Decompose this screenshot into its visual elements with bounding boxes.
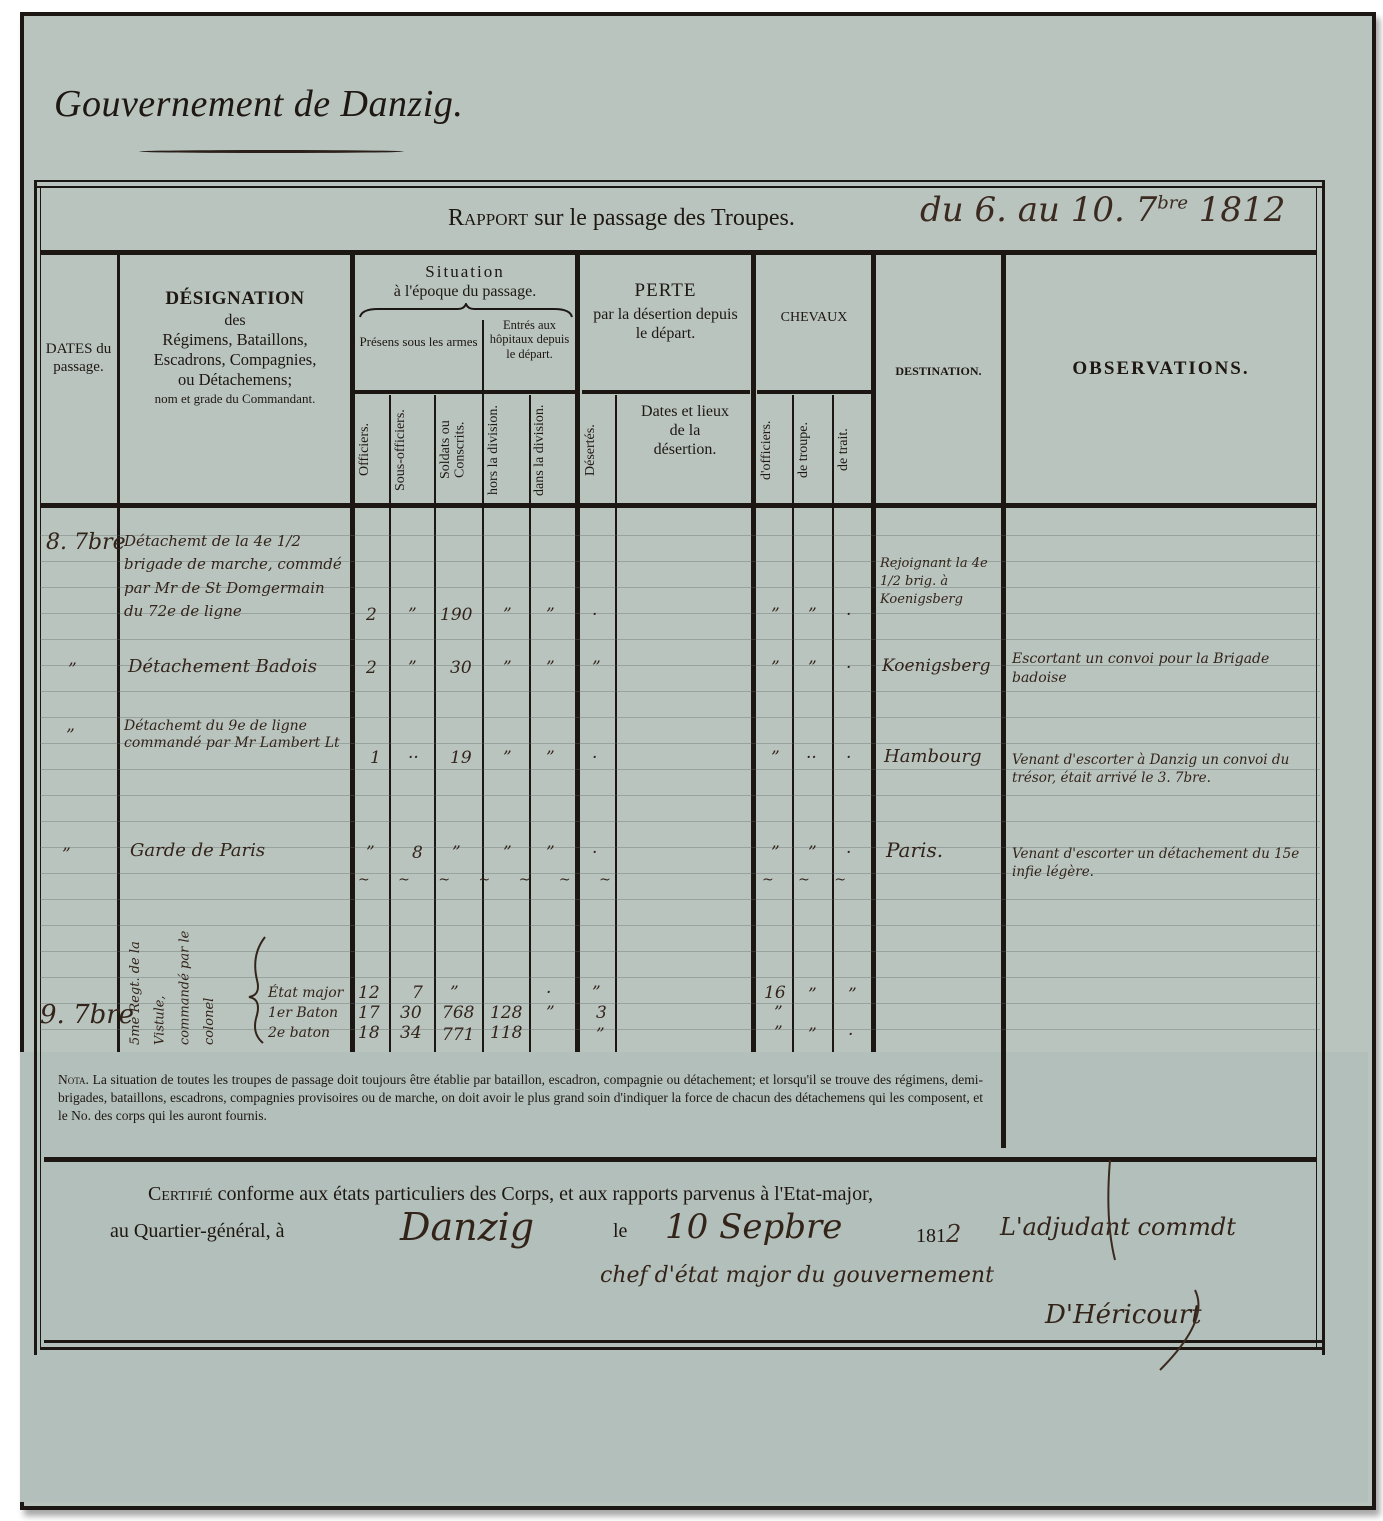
- row3-destination: Hambourg: [884, 746, 982, 767]
- row3-hors-div: ”: [503, 748, 512, 768]
- row1-sous-officiers: ”: [408, 605, 417, 625]
- nota-label: Nota.: [58, 1072, 89, 1087]
- row2-designation: Détachement Badois: [128, 656, 317, 677]
- row2-soldats: 30: [450, 658, 472, 678]
- header-hors-division: hors la division.: [487, 400, 527, 500]
- row5-sub1-label: État major: [268, 985, 343, 1001]
- report-title-lead: Rapport: [448, 205, 528, 231]
- row5-sub3-ch-trait: ·: [848, 1025, 853, 1045]
- row5-sub2-officiers: 17: [358, 1003, 380, 1023]
- frame-top-line-inner: [34, 186, 1324, 188]
- row2-ch-troupe: ”: [808, 658, 817, 678]
- nota-text: Nota. La situation de toutes les troupes…: [58, 1071, 983, 1125]
- row3-ch-trait: ·: [846, 748, 851, 768]
- row4-ch-troupe: ”: [808, 843, 817, 863]
- row5-sub2-sous-officiers: 30: [400, 1003, 422, 1023]
- header-entres: Entrés aux hôpitaux depuis le départ.: [484, 318, 575, 361]
- row1-soldats: 190: [440, 605, 472, 625]
- row5-designation: 5me Regt. de la Vistule, commandé par le…: [124, 925, 223, 1045]
- header-soldats: Soldats ou Conscrits.: [439, 400, 481, 500]
- header-sous-officiers: Sous-officiers.: [394, 400, 432, 500]
- row4-hors-div: ”: [503, 843, 512, 863]
- signature-subtitle: chef d'état major du gouvernement: [600, 1263, 994, 1288]
- row4-destination: Paris.: [886, 838, 943, 862]
- header-chevaux-officiers: d'officiers.: [760, 400, 790, 500]
- row2-officiers: 2: [366, 658, 377, 678]
- row1-ch-troupe: ”: [808, 605, 817, 625]
- row1-designation: Détachemt de la 4e 1/2 brigade de marche…: [124, 530, 346, 623]
- header-chevaux: CHEVAUX: [756, 310, 872, 327]
- row5-sub3-label: 2e baton: [268, 1025, 330, 1041]
- row3-dans-div: ”: [546, 748, 555, 768]
- page-title: Gouvernement de Danzig.: [54, 82, 463, 126]
- row2-destination: Koenigsberg: [882, 656, 990, 676]
- row3-officiers: 1: [370, 748, 381, 768]
- header-chevaux-troupe: de troupe.: [797, 400, 830, 500]
- header-destination: DESTINATION.: [876, 364, 1001, 378]
- row5-sub3-officiers: 18: [358, 1023, 380, 1043]
- header-bottom-rule: [40, 503, 1316, 508]
- row5-sub1-soldats: ”: [450, 983, 459, 1003]
- row5-sub1-dans-div: ·: [546, 983, 551, 1003]
- frame-top-line: [34, 180, 1324, 182]
- row4-soldats: ”: [452, 843, 461, 863]
- row3-ch-officiers: ”: [771, 748, 780, 768]
- row5-sub3-ch-officiers: ”: [774, 1023, 783, 1043]
- row2-ch-officiers: ”: [771, 658, 780, 678]
- row3-desertes: ·: [592, 748, 597, 768]
- row4-dans-div: ”: [546, 843, 555, 863]
- header-officiers: Officiers.: [358, 400, 388, 500]
- header-observations: OBSERVATIONS.: [1006, 358, 1316, 381]
- header-chevaux-trait: de trait.: [837, 400, 869, 500]
- header-perte: PERTE par la désertion depuis le départ.: [580, 280, 751, 343]
- row4-sous-officiers: 8: [412, 843, 423, 863]
- row4-ch-trait: ·: [846, 843, 851, 863]
- row3-soldats: 19: [450, 748, 472, 768]
- row5-date: 9. 7bre: [40, 1000, 134, 1030]
- cert-line2-prefix: au Quartier-général, à: [110, 1220, 285, 1243]
- row5-sub1-desertes: ”: [592, 983, 601, 1003]
- header-desertes: Désertés.: [584, 400, 614, 500]
- row4-ch-officiers: ”: [771, 843, 780, 863]
- cert-date: 10 Sepbre: [665, 1207, 842, 1247]
- row4-observations: Venant d'escorter un détachement du 15e …: [1012, 845, 1312, 881]
- row5-sub2-ch-officiers: ”: [774, 1003, 783, 1023]
- brace-icon: [358, 303, 574, 319]
- header-dans-division: dans la division.: [533, 400, 573, 500]
- cert-year: 1812: [916, 1220, 961, 1248]
- row3-date: ”: [66, 726, 75, 746]
- row2-desertes: ”: [592, 658, 601, 678]
- header-presens: Présens sous les armes: [355, 334, 482, 350]
- row1-destination: Rejoignant la 4e 1/2 brig. à Koenigsberg: [880, 555, 998, 610]
- header-designation: DÉSIGNATION des Régimens, Bataillons, Es…: [120, 288, 350, 407]
- row1-desertes: ·: [592, 605, 597, 625]
- chevaux-sub-rule: [757, 390, 871, 394]
- row3-designation: Détachemt du 9e de ligne commandé par Mr…: [124, 718, 346, 752]
- row4-date: ”: [62, 845, 71, 865]
- row4-officiers: ”: [366, 843, 375, 863]
- signature-flourish-icon: [1100, 1150, 1220, 1380]
- row5-sub2-soldats: 768: [442, 1003, 474, 1023]
- cert-le: le: [613, 1220, 627, 1243]
- row1-ch-trait: ·: [846, 605, 851, 625]
- row5-sub3-desertes: ”: [596, 1025, 605, 1045]
- header-dates: DATES du passage.: [40, 340, 117, 376]
- row5-sub3-sous-officiers: 34: [400, 1023, 422, 1043]
- frame-right-line: [1322, 180, 1325, 1355]
- brace-icon: [245, 935, 269, 1045]
- row1-date: 8. 7bre: [46, 530, 126, 555]
- row2-hors-div: ”: [503, 658, 512, 678]
- row2-ch-trait: ·: [846, 658, 851, 678]
- report-title: Rapport sur le passage des Troupes.: [448, 205, 795, 232]
- cert-place: Danzig: [400, 1205, 534, 1249]
- row3-sous-officiers: ··: [408, 748, 419, 768]
- row5-sub3-hors-div: 118: [490, 1023, 522, 1043]
- header-top-rule: [40, 250, 1316, 255]
- row2-dans-div: ”: [546, 658, 555, 678]
- row1-dans-div: ”: [546, 605, 555, 625]
- row2-sous-officiers: ”: [408, 658, 417, 678]
- row5-sub2-desertes: 3: [596, 1003, 607, 1023]
- header-dates-desertion: Dates et lieux de la désertion.: [620, 402, 750, 460]
- report-period: du 6. au 10. 7bre 1812: [920, 190, 1285, 230]
- row5-sub2-hors-div: 128: [490, 1003, 522, 1023]
- cert-line1: Certifié conforme aux états particuliers…: [148, 1183, 873, 1206]
- row4-designation: Garde de Paris: [130, 840, 265, 861]
- row1-hors-div: ”: [503, 605, 512, 625]
- row1-officiers: 2: [366, 605, 377, 625]
- row5-sub2-label: 1er Baton: [268, 1005, 338, 1021]
- row5-sub2-dans-div: ”: [546, 1003, 555, 1023]
- perte-sub-rule: [582, 390, 750, 394]
- row3-observations: Venant d'escorter à Danzig un convoi du …: [1012, 752, 1312, 787]
- frame-left-line: [34, 180, 37, 1355]
- row1-ch-officiers: ”: [771, 605, 780, 625]
- fill-squiggle: ~ ~ ~ ~ ~ ~ ~: [358, 872, 623, 888]
- row4-desertes: ·: [592, 843, 597, 863]
- row3-ch-troupe: ··: [806, 748, 817, 768]
- row5-sub1-ch-trait: ”: [848, 985, 857, 1005]
- title-underline: [139, 150, 404, 153]
- row2-date: ”: [68, 660, 77, 680]
- row5-sub1-sous-officiers: 7: [412, 983, 423, 1003]
- row5-sub1-ch-officiers: 16: [764, 983, 786, 1003]
- report-title-rest: sur le passage des Troupes.: [534, 205, 795, 231]
- row5-sub1-ch-troupe: ”: [808, 985, 817, 1005]
- row5-sub3-ch-troupe: ”: [808, 1025, 817, 1045]
- row5-sub3-soldats: 771: [442, 1025, 474, 1045]
- header-situation: Situation à l'époque du passage.: [355, 262, 575, 302]
- fill-squiggle: ~ ~ ~: [762, 872, 856, 888]
- situation-sub-rule: [355, 390, 575, 394]
- row2-observations: Escortant un convoi pour la Brigade bado…: [1012, 650, 1312, 688]
- row5-sub1-officiers: 12: [358, 983, 380, 1003]
